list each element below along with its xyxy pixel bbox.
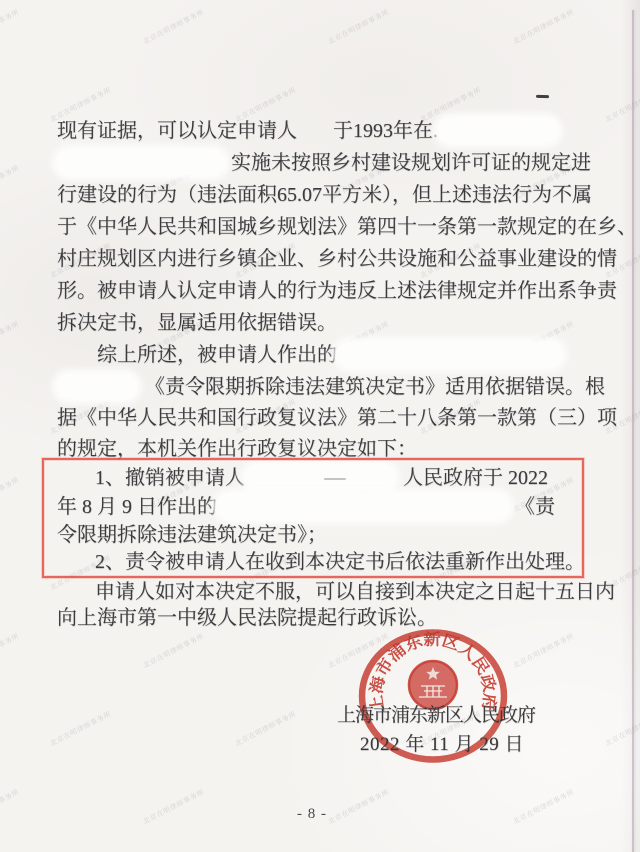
text-line: 拆决定书，显属适用依据错误。 bbox=[57, 310, 337, 336]
redaction-patch bbox=[337, 342, 562, 367]
text-line: 据《中华人民共和国行政复议法》第二十八条第一款第（三）项 bbox=[57, 405, 617, 431]
watermark-text: 北京在明律师事务所 bbox=[0, 7, 21, 47]
text-line: 现有证据，可以认定申请人于1993年在. bbox=[57, 118, 558, 144]
redaction-patch bbox=[57, 150, 225, 175]
redaction-patch bbox=[438, 118, 558, 143]
document-page: 北京在明律师事务所北京在明律师事务所北京在明律师事务所北京在明律师事务所北京在明… bbox=[0, 0, 640, 852]
issue-date: 2022 年 11 月 29 日 bbox=[360, 729, 524, 756]
text-line: 综上所述，被申请人作出的 bbox=[57, 342, 562, 368]
line-text: 行建设的行为（违法面积65.07平方米），但上述违法行为不属 bbox=[57, 184, 592, 206]
text-line: 实施未按照乡村建设规划许可证的规定进 bbox=[57, 150, 591, 176]
text-line: 申请人如对本决定不服，可以自接到本决定之日起十五日内 bbox=[57, 579, 615, 605]
page-number: - 8 - bbox=[282, 806, 342, 823]
line-text: 据《中华人民共和国行政复议法》第二十八条第一款第（三）项 bbox=[57, 407, 617, 429]
text-line: 《责令限期拆除违法建筑决定书》适用依据错误。根 bbox=[57, 374, 605, 400]
line-text: 村庄规划区内进行乡镇企业、乡村公共设施和公益事业建设的情 bbox=[57, 248, 617, 270]
line-text: 拆决定书，显属适用依据错误。 bbox=[57, 312, 337, 334]
line-text: 《责令限期拆除违法建筑决定书》适用依据错误。根 bbox=[145, 376, 605, 398]
watermark-text: 北京在明律师事务所 bbox=[141, 7, 206, 47]
faint-redaction-residue bbox=[324, 478, 346, 480]
blank-space bbox=[57, 596, 95, 598]
scan-edge-artifact bbox=[632, 10, 634, 852]
text-line: 行建设的行为（违法面积65.07平方米），但上述违法行为不属 bbox=[57, 182, 592, 208]
watermark-text: 北京在明律师事务所 bbox=[233, 709, 298, 749]
text-line: 村庄规划区内进行乡镇企业、乡村公共设施和公益事业建设的情 bbox=[57, 246, 617, 272]
watermark-text: 北京在明律师事务所 bbox=[48, 709, 113, 749]
line-text: 实施未按照乡村建设规划许可证的规定进 bbox=[231, 152, 591, 174]
watermark-text: 北京在明律师事务所 bbox=[0, 631, 21, 671]
text-line: 于《中华人民共和国城乡规划法》第四十一条第一款规定的在乡、 bbox=[57, 214, 637, 240]
line-text: 申请人如对本决定不服，可以自接到本决定之日起十五日内 bbox=[95, 581, 615, 603]
issuer-name: 上海市浦东新区人民政府 bbox=[337, 700, 535, 727]
watermark-text: 北京在明律师事务所 bbox=[511, 7, 576, 47]
watermark-text: 北京在明律师事务所 bbox=[0, 163, 21, 203]
blank-space bbox=[297, 135, 333, 137]
stray-mark bbox=[536, 95, 549, 98]
watermark-text: 北京在明律师事务所 bbox=[141, 631, 206, 671]
line-text: 于1993年在. bbox=[333, 120, 438, 142]
line-text: 的规定，本机关作出行政复议决定如下： bbox=[57, 438, 417, 460]
highlight-box bbox=[42, 458, 584, 578]
watermark-text: 北京在明律师事务所 bbox=[511, 631, 576, 671]
line-text: 形。被申请人认定申请人的行为违反上述法律规定并作出系争责 bbox=[57, 280, 617, 302]
watermark-text: 北京在明律师事务所 bbox=[0, 787, 21, 827]
watermark-text: 北京在明律师事务所 bbox=[0, 319, 21, 359]
line-text: 向上海市第一中级人民法院提起行政诉讼。 bbox=[57, 607, 437, 629]
watermark-text: 北京在明律师事务所 bbox=[0, 475, 21, 515]
text-line: 形。被申请人认定申请人的行为违反上述法律规定并作出系争责 bbox=[57, 278, 617, 304]
line-text: 现有证据，可以认定申请人 bbox=[57, 120, 297, 142]
watermark-text: 北京在明律师事务所 bbox=[603, 85, 640, 125]
blank-space bbox=[137, 391, 145, 393]
watermark-text: 北京在明律师事务所 bbox=[603, 709, 640, 749]
watermark-text: 北京在明律师事务所 bbox=[326, 7, 391, 47]
watermark-text: 北京在明律师事务所 bbox=[511, 787, 576, 827]
watermark-text: 北京在明律师事务所 bbox=[141, 787, 206, 827]
line-text: 综上所述，被申请人作出的 bbox=[97, 344, 337, 366]
line-text: 于《中华人民共和国城乡规划法》第四十一条第一款规定的在乡、 bbox=[57, 216, 637, 238]
redaction-patch bbox=[57, 374, 137, 399]
blank-space bbox=[57, 359, 97, 361]
